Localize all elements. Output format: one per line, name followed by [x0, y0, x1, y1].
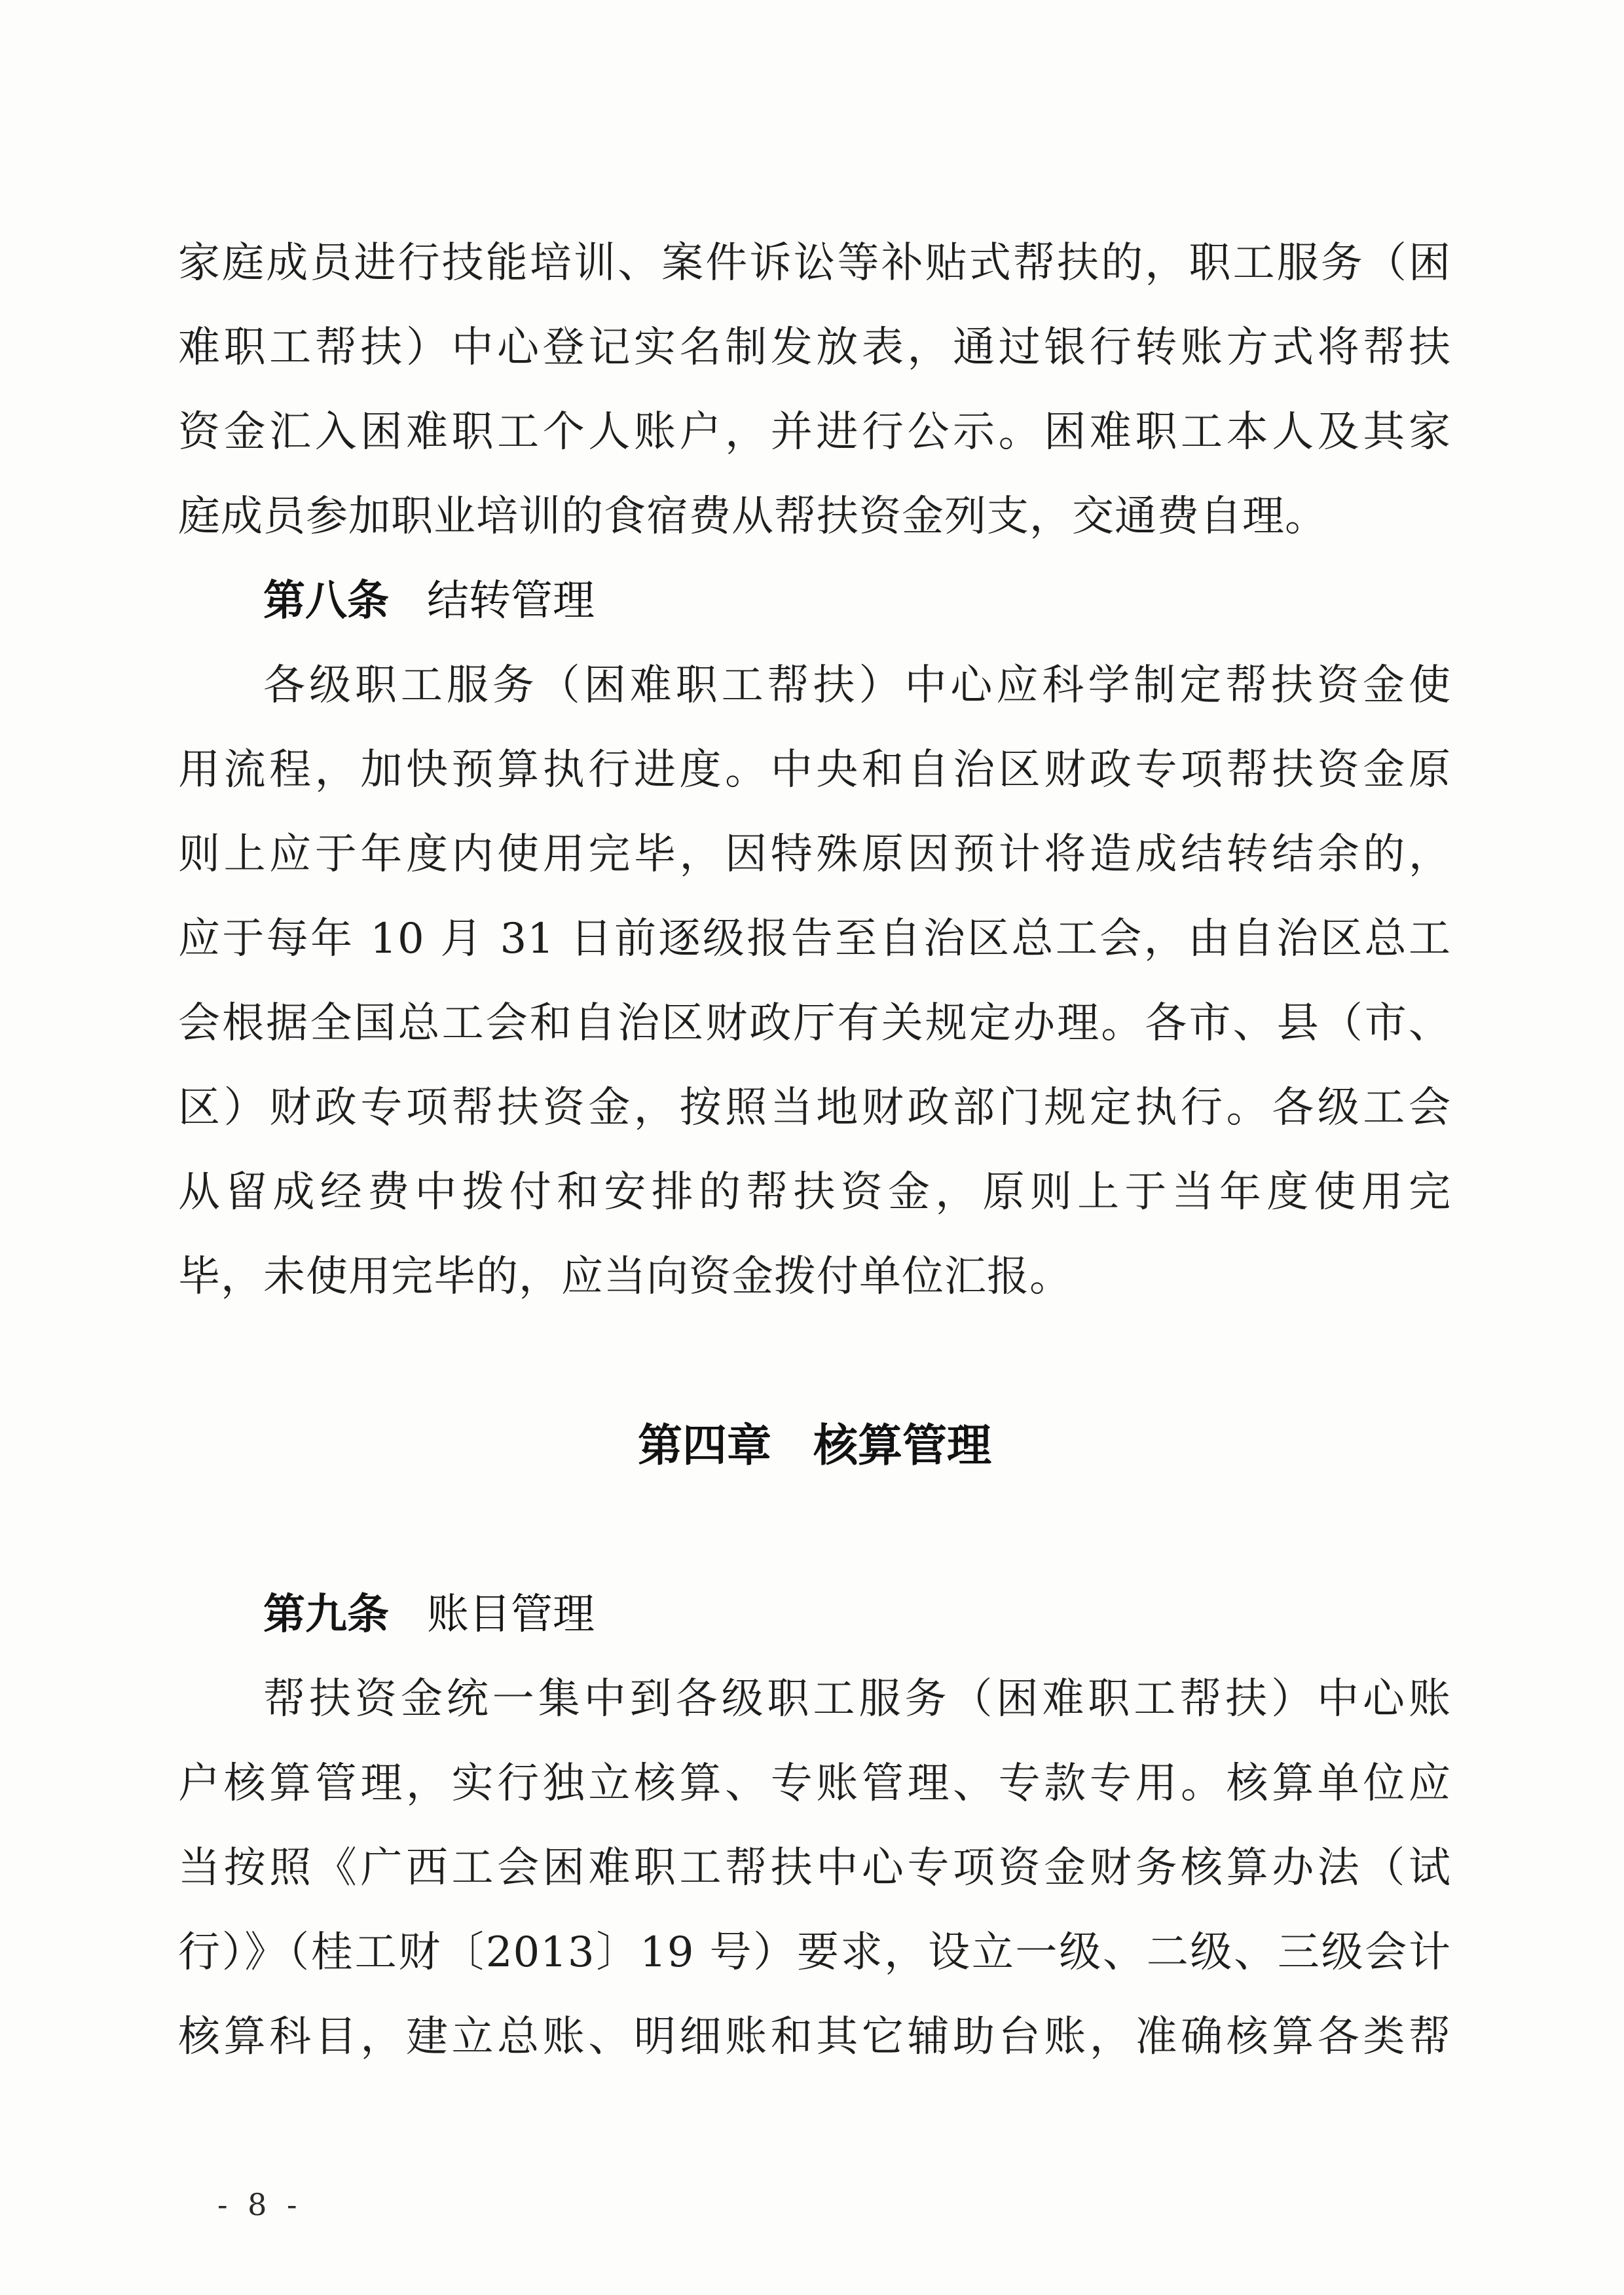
article-number: 第八条 [263, 577, 389, 625]
text-line: 户核算管理，实行独立核算、专账管理、专款专用。核算单位应 [178, 1742, 1451, 1826]
chapter-number: 第四章 [638, 1420, 771, 1472]
text-line: 毕，未使用完毕的，应当向资金拨付单位汇报。 [178, 1235, 1451, 1319]
article-heading: 第九条账目管理 [178, 1573, 1451, 1657]
text-line: 家庭成员进行技能培训、案件诉讼等补贴式帮扶的，职工服务（困 [178, 221, 1451, 306]
article-title: 结转管理 [427, 577, 595, 625]
chapter-title: 核算管理 [813, 1420, 991, 1472]
text-line: 则上应于年度内使用完毕，因特殊原因预计将造成结转结余的， [178, 813, 1451, 897]
text-line: 区）财政专项帮扶资金，按照当地财政部门规定执行。各级工会 [178, 1066, 1451, 1150]
page-number: - 8 - [217, 2187, 303, 2222]
document-page: 家庭成员进行技能培训、案件诉讼等补贴式帮扶的，职工服务（困难职工帮扶）中心登记实… [0, 0, 1624, 2295]
text-line: 难职工帮扶）中心登记实名制发放表，通过银行转账方式将帮扶 [178, 306, 1451, 390]
text-line: 帮扶资金统一集中到各级职工服务（困难职工帮扶）中心账 [178, 1657, 1451, 1742]
text-line: 行）》（桂工财〔2013〕19 号）要求，设立一级、二级、三级会计 [178, 1911, 1451, 1995]
text-line: 庭成员参加职业培训的食宿费从帮扶资金列支，交通费自理。 [178, 475, 1451, 559]
text-line: 用流程，加快预算执行进度。中央和自治区财政专项帮扶资金原 [178, 728, 1451, 813]
text-line: 会根据全国总工会和自治区财政厅有关规定办理。各市、县（市、 [178, 982, 1451, 1066]
text-line: 资金汇入困难职工个人账户，并进行公示。困难职工本人及其家 [178, 390, 1451, 475]
text-line: 从留成经费中拨付和安排的帮扶资金，原则上于当年度使用完 [178, 1150, 1451, 1235]
paragraph: 家庭成员进行技能培训、案件诉讼等补贴式帮扶的，职工服务（困难职工帮扶）中心登记实… [178, 221, 1451, 559]
text-line: 核算科目，建立总账、明细账和其它辅助台账，准确核算各类帮 [178, 1995, 1451, 2080]
chapter-heading: 第四章核算管理 [178, 1404, 1451, 1488]
text-line: 当按照《广西工会困难职工帮扶中心专项资金财务核算办法（试 [178, 1826, 1451, 1911]
document-body: 家庭成员进行技能培训、案件诉讼等补贴式帮扶的，职工服务（困难职工帮扶）中心登记实… [178, 221, 1451, 2080]
article-title: 账目管理 [427, 1590, 595, 1639]
paragraph: 各级职工服务（困难职工帮扶）中心应科学制定帮扶资金使用流程，加快预算执行进度。中… [178, 644, 1451, 1319]
text-line: 各级职工服务（困难职工帮扶）中心应科学制定帮扶资金使 [178, 644, 1451, 728]
text-line: 应于每年 10 月 31 日前逐级报告至自治区总工会，由自治区总工 [178, 897, 1451, 982]
article-heading: 第八条结转管理 [178, 559, 1451, 644]
article-number: 第九条 [263, 1590, 389, 1639]
paragraph: 帮扶资金统一集中到各级职工服务（困难职工帮扶）中心账户核算管理，实行独立核算、专… [178, 1657, 1451, 2080]
